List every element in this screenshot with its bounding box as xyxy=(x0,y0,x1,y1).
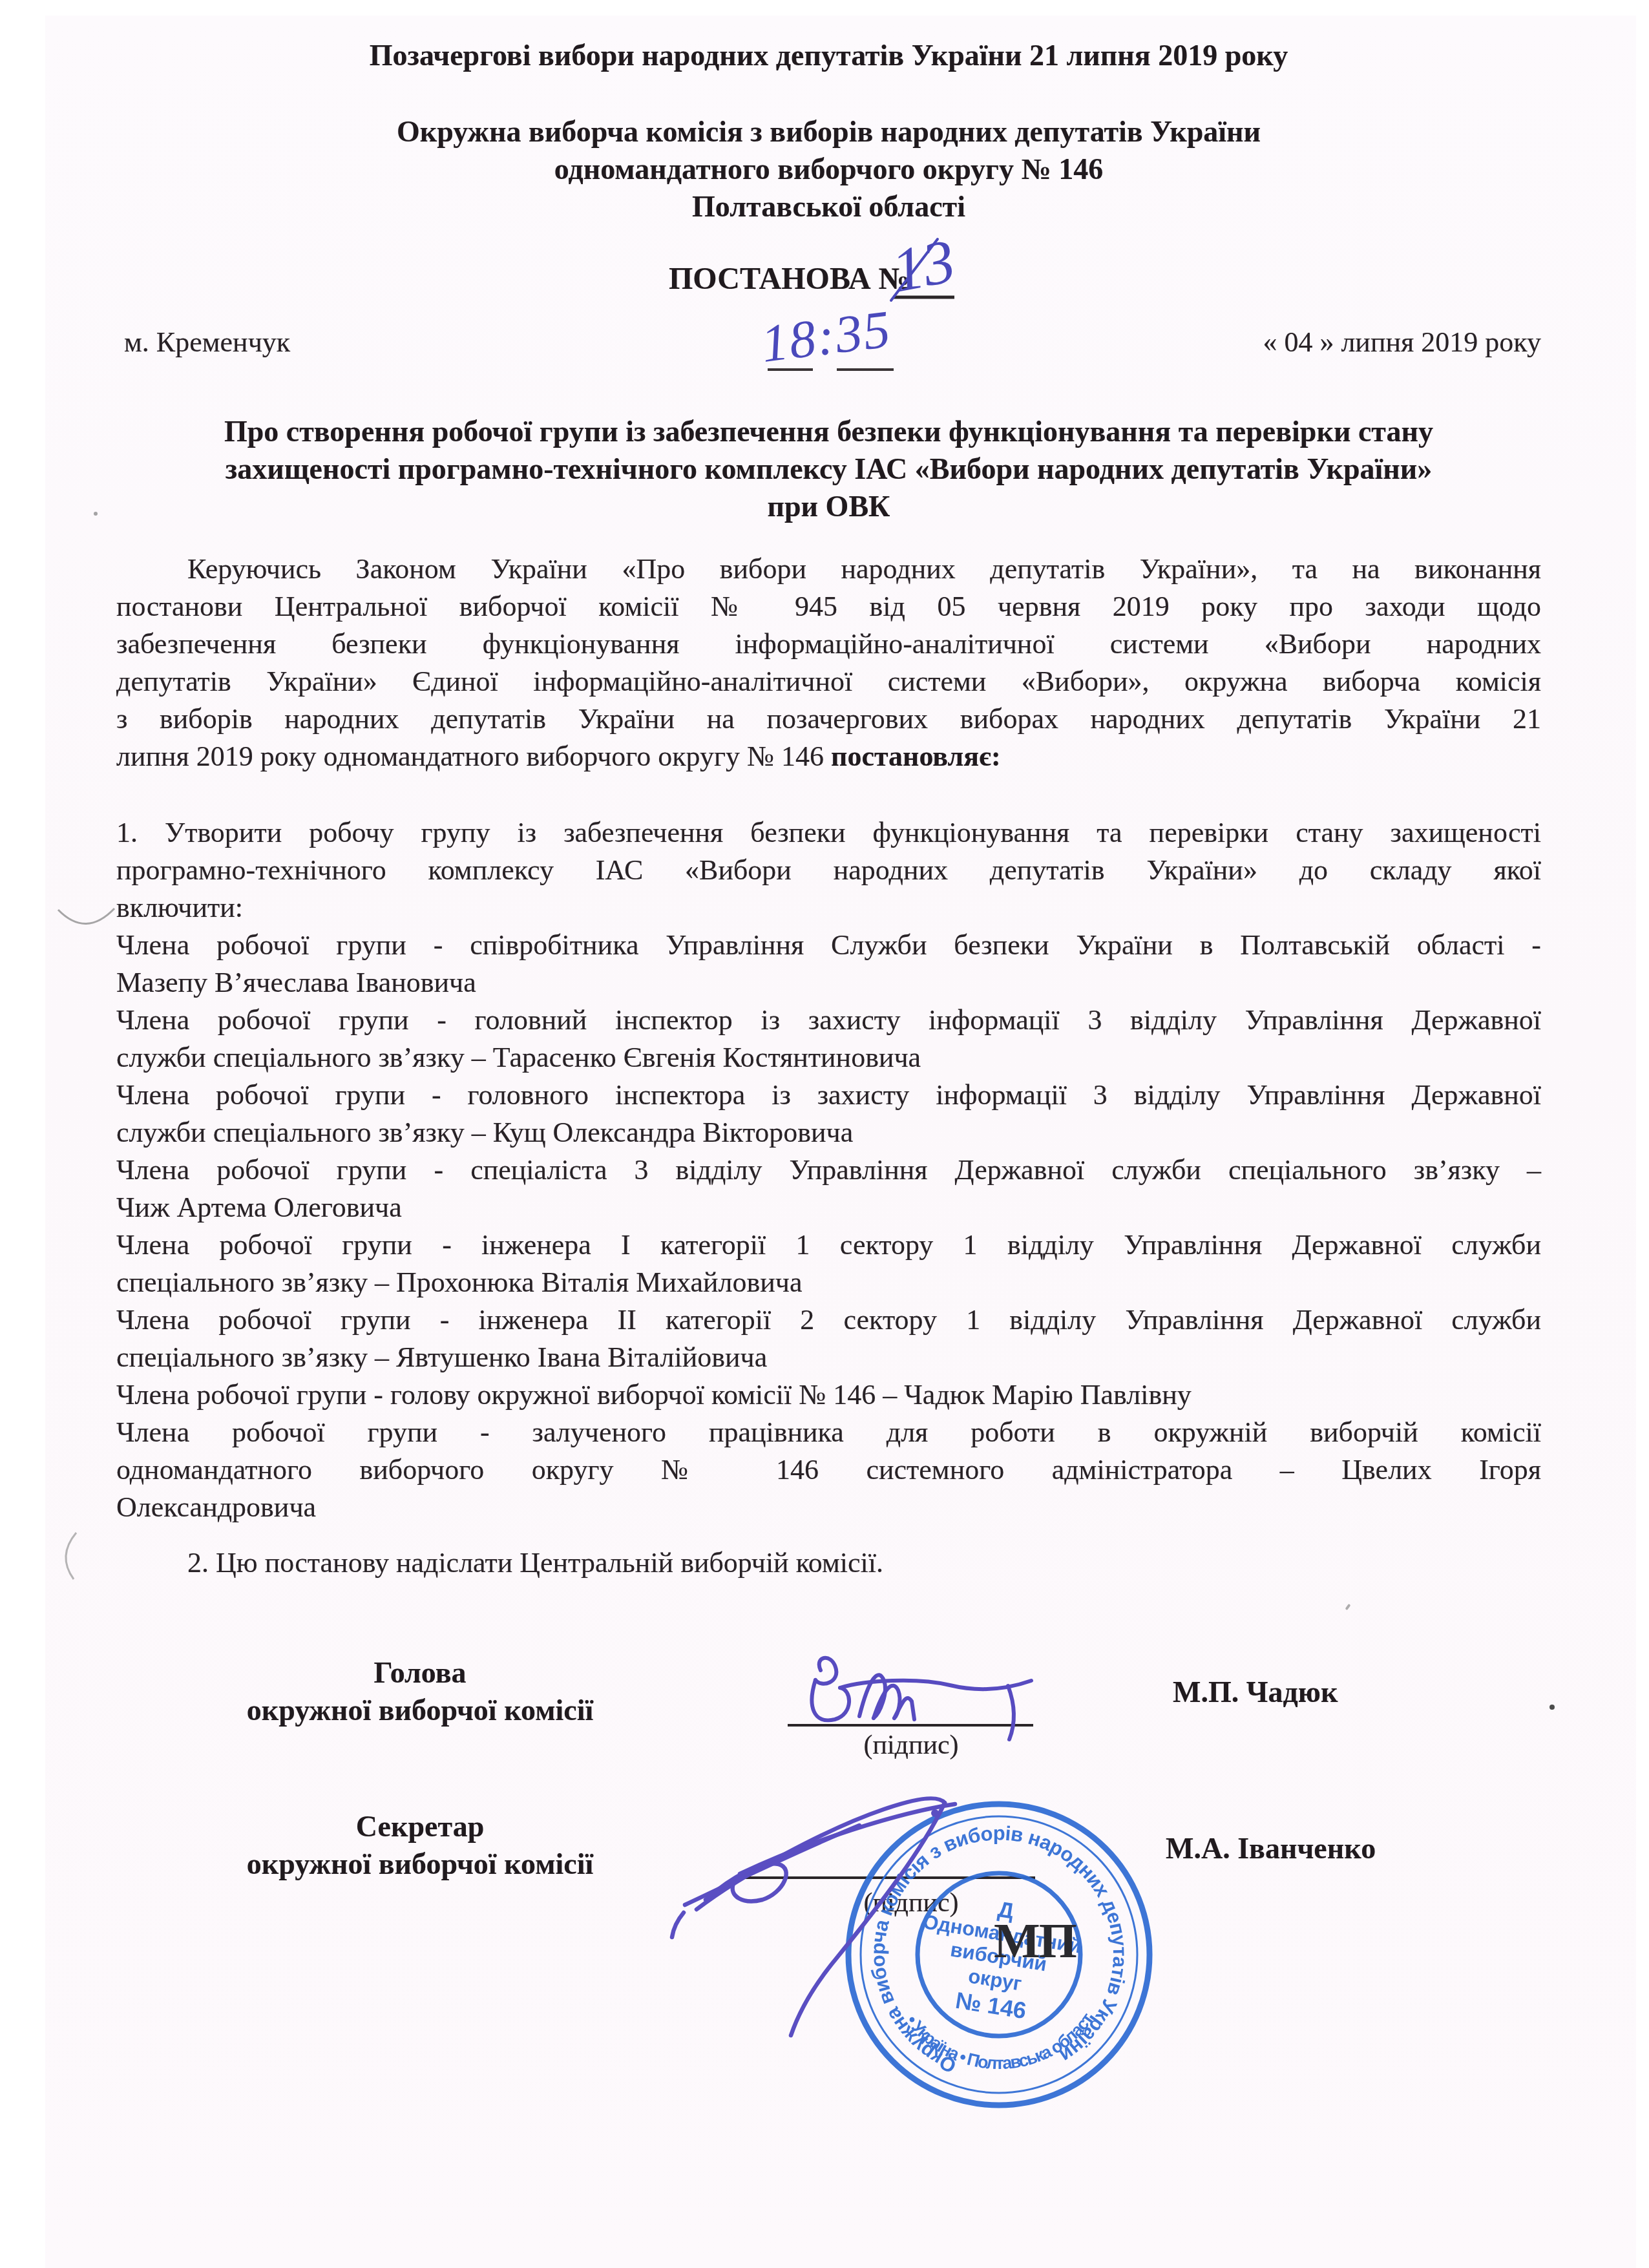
members-list: Члена робочої групи - співробітника Упра… xyxy=(116,927,1541,1526)
decision-item-2: 2. Цю постанову надіслати Центральній ви… xyxy=(116,1544,1612,1582)
subject-line: захищеності програмно-технічного комплек… xyxy=(116,450,1541,488)
member-line: Члена робочої групи - голову окружної ви… xyxy=(116,1376,1541,1414)
member-line: служби спеціального зв’язку – Кущ Олекса… xyxy=(116,1114,1541,1151)
item1-line: включити: xyxy=(116,889,1541,927)
secretary-role-line: окружної виборчої комісії xyxy=(194,1845,646,1883)
commission-line: Окружна виборча комісія з виборів народн… xyxy=(116,113,1541,151)
member-line: Члена робочої групи - інженера І категор… xyxy=(116,1226,1541,1264)
member-line: спеціального зв’язку – Явтушенко Івана В… xyxy=(116,1339,1541,1376)
preamble-last-text: липня 2019 року одномандатного виборчого… xyxy=(116,740,831,772)
secretary-role-label: Секретар окружної виборчої комісії xyxy=(194,1808,646,1883)
date-label: « 04 » липня 2019 року xyxy=(1098,324,1541,361)
preamble-paragraph: Керуючись Законом України «Про вибори на… xyxy=(116,551,1541,775)
member-line: Члена робочої групи - спеціаліста 3 відд… xyxy=(116,1151,1541,1189)
head-signature-caption: (підпис) xyxy=(808,1730,1014,1761)
secretary-role-line: Секретар xyxy=(194,1808,646,1845)
member-line: спеціального зв’язку – Прохонюка Віталія… xyxy=(116,1264,1541,1301)
head-role-label: Голова окружної виборчої комісії xyxy=(194,1654,646,1729)
preamble-line: липня 2019 року одномандатного виборчого… xyxy=(116,738,1541,775)
head-signature-line xyxy=(788,1724,1033,1727)
city-label: м. Кременчук xyxy=(124,324,290,361)
member-line: служби спеціального зв’язку – Тарасенко … xyxy=(116,1039,1541,1076)
preamble-line: Керуючись Законом України «Про вибори на… xyxy=(116,551,1541,588)
commission-line: одномандатного виборчого округу № 146 xyxy=(116,151,1541,188)
member-line: Чиж Артема Олеговича xyxy=(116,1189,1541,1226)
item1-line: програмно-технічного комплексу ІАС «Вибо… xyxy=(116,852,1541,889)
preamble-line: забезпечення безпеки функціонування інфо… xyxy=(116,625,1541,663)
subject-line: Про створення робочої групи із забезпече… xyxy=(116,413,1541,450)
member-line: Члена робочої групи - інженера ІІ катего… xyxy=(116,1301,1541,1339)
member-line: Члена робочої групи - залученого працівн… xyxy=(116,1414,1541,1451)
secretary-name: М.А. Іванченко xyxy=(1166,1830,1376,1867)
member-line: Члена робочої групи - головного інспекто… xyxy=(116,1076,1541,1114)
item1-line: 1. Утворити робочу групу із забезпечення… xyxy=(116,814,1541,852)
commission-name-block: Окружна виборча комісія з виборів народн… xyxy=(116,113,1541,226)
member-line: Олександровича xyxy=(116,1489,1541,1526)
preamble-line: депутатів України» Єдиної інформаційно-а… xyxy=(116,663,1541,700)
member-line: Члена робочої групи - головний інспектор… xyxy=(116,1002,1541,1039)
head-role-line: окружної виборчої комісії xyxy=(194,1692,646,1729)
subject-heading: Про створення робочої групи із забезпече… xyxy=(116,413,1541,525)
head-role-line: Голова xyxy=(194,1654,646,1692)
election-title: Позачергові вибори народних депутатів Ук… xyxy=(116,37,1541,74)
preamble-line: постанови Центральної виборчої комісії №… xyxy=(116,588,1541,625)
seal-placeholder-label: МП xyxy=(994,1915,1076,1967)
member-line: Мазепу В’ячеслава Івановича xyxy=(116,964,1541,1002)
resolution-title: ПОСТАНОВА № xyxy=(669,260,910,298)
subject-line: при ОВК xyxy=(116,488,1541,525)
member-line: одномандатного виборчого округу № 146 си… xyxy=(116,1451,1541,1489)
preamble-resolve-word: постановляє: xyxy=(831,740,1001,772)
preamble-line: з виборів народних депутатів України на … xyxy=(116,700,1541,738)
decision-item-1: 1. Утворити робочу групу із забезпечення… xyxy=(116,814,1541,927)
head-name: М.П. Чадюк xyxy=(1173,1674,1338,1711)
commission-line: Полтавської області xyxy=(116,188,1541,226)
member-line: Члена робочої групи - співробітника Упра… xyxy=(116,927,1541,964)
